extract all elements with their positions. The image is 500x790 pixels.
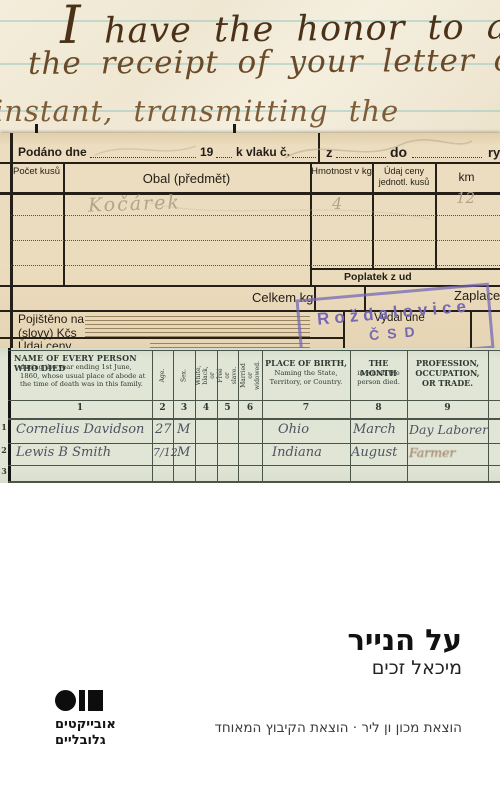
col-number-2: 2 [152,403,173,413]
rule [8,465,500,466]
form-left-border [8,348,11,483]
census-col9-title: PROFESSION, OCCUPATION, OR TRADE. [409,358,486,388]
letter-line-3: instant, transmitting the [0,94,399,128]
logo-square-icon [88,690,103,711]
census-col-sex: Sex. [173,350,195,400]
census-col-color: Color. White, black, or mulatto. [195,350,217,400]
slovy-label: (slovy) Kčs [18,326,77,340]
row2-profession: Farmer [409,445,455,460]
census-col8-subtitle: in which the person died. [354,369,403,386]
col-number-7: 7 [262,403,350,413]
census-col-age: Age. [152,350,173,400]
row2-month: August [351,445,397,460]
book-cover: I have the honor to acknow the receipt o… [0,0,500,790]
col-number-9: 9 [407,403,488,413]
logo-bar-icon [79,690,85,711]
row1-profession: Day Laborer [409,422,488,437]
poplatek-label: Poplatek z ud [344,271,412,283]
col-number-3: 3 [173,403,195,413]
publishers-line: הוצאת מכון ון ליר · הוצאת הקיבוץ המאוחד [214,720,462,736]
cover-bottom: אובייקטים גלובליים על הנייר מיכאל זכים ה… [0,483,500,790]
age-label: Age. [159,365,166,386]
rule [8,443,500,444]
row1-age: 27 [155,422,172,437]
col-number-5: 5 [217,403,238,413]
col-number-8: 8 [350,403,407,413]
census-form: NAME OF EVERY PERSON WHO DIED during the… [0,348,500,483]
census-col-free: Free or slave. [217,350,238,400]
col-number-6: 6 [238,403,262,413]
divider [350,350,351,481]
rule [8,400,500,401]
census-col-married: Married or widowed. [238,350,262,400]
row-number-3: 3 [0,466,8,476]
row-number-1: 1 [0,422,8,432]
census-col7-subtitle: Naming the State, Territory, or Country. [266,369,346,386]
book-author: מיכאל זכים [372,657,462,679]
row2-sex: M [177,445,190,460]
pojisteno-label: Pojištěno na [18,312,84,326]
row2-birth: Indiana [272,445,322,460]
letter-line-2: the receipt of your letter of th [28,42,500,82]
row1-birth: Ohio [278,422,309,437]
sex-label: Sex. [181,364,188,386]
row-number-2: 2 [0,445,8,455]
row1-month: March [353,422,396,437]
married-label: Married or widowed. [240,361,261,390]
divider [407,350,408,481]
railway-form: Podáno dne 19 k vlaku č. z do ry Počet k… [0,133,500,348]
row1-name: Cornelius Davidson [16,422,144,437]
series-name-line2: גלובליים [55,733,145,750]
book-title: על הנייר [347,623,462,657]
handwritten-letter-fragment: I have the honor to acknow the receipt o… [0,0,500,135]
color-label: Color. White, black, or mulatto. [195,362,217,387]
col-number-1: 1 [8,403,152,413]
row2-name: Lewis B Smith [16,445,111,460]
row1-sex: M [177,422,190,437]
free-slave-label: Free or slave. [217,365,238,386]
divider [488,350,489,481]
census-col7-title: PLACE OF BIRTH, [264,358,348,368]
col-number-4: 4 [195,403,217,413]
census-col1-subtitle: during the year ending 1st June, 1860, w… [20,363,148,389]
logo-circle-icon [55,690,76,711]
series-name-line1: אובייקטים [55,717,145,734]
divider [262,350,263,481]
row2-age: 7/12 [153,446,178,459]
rule [8,418,500,420]
